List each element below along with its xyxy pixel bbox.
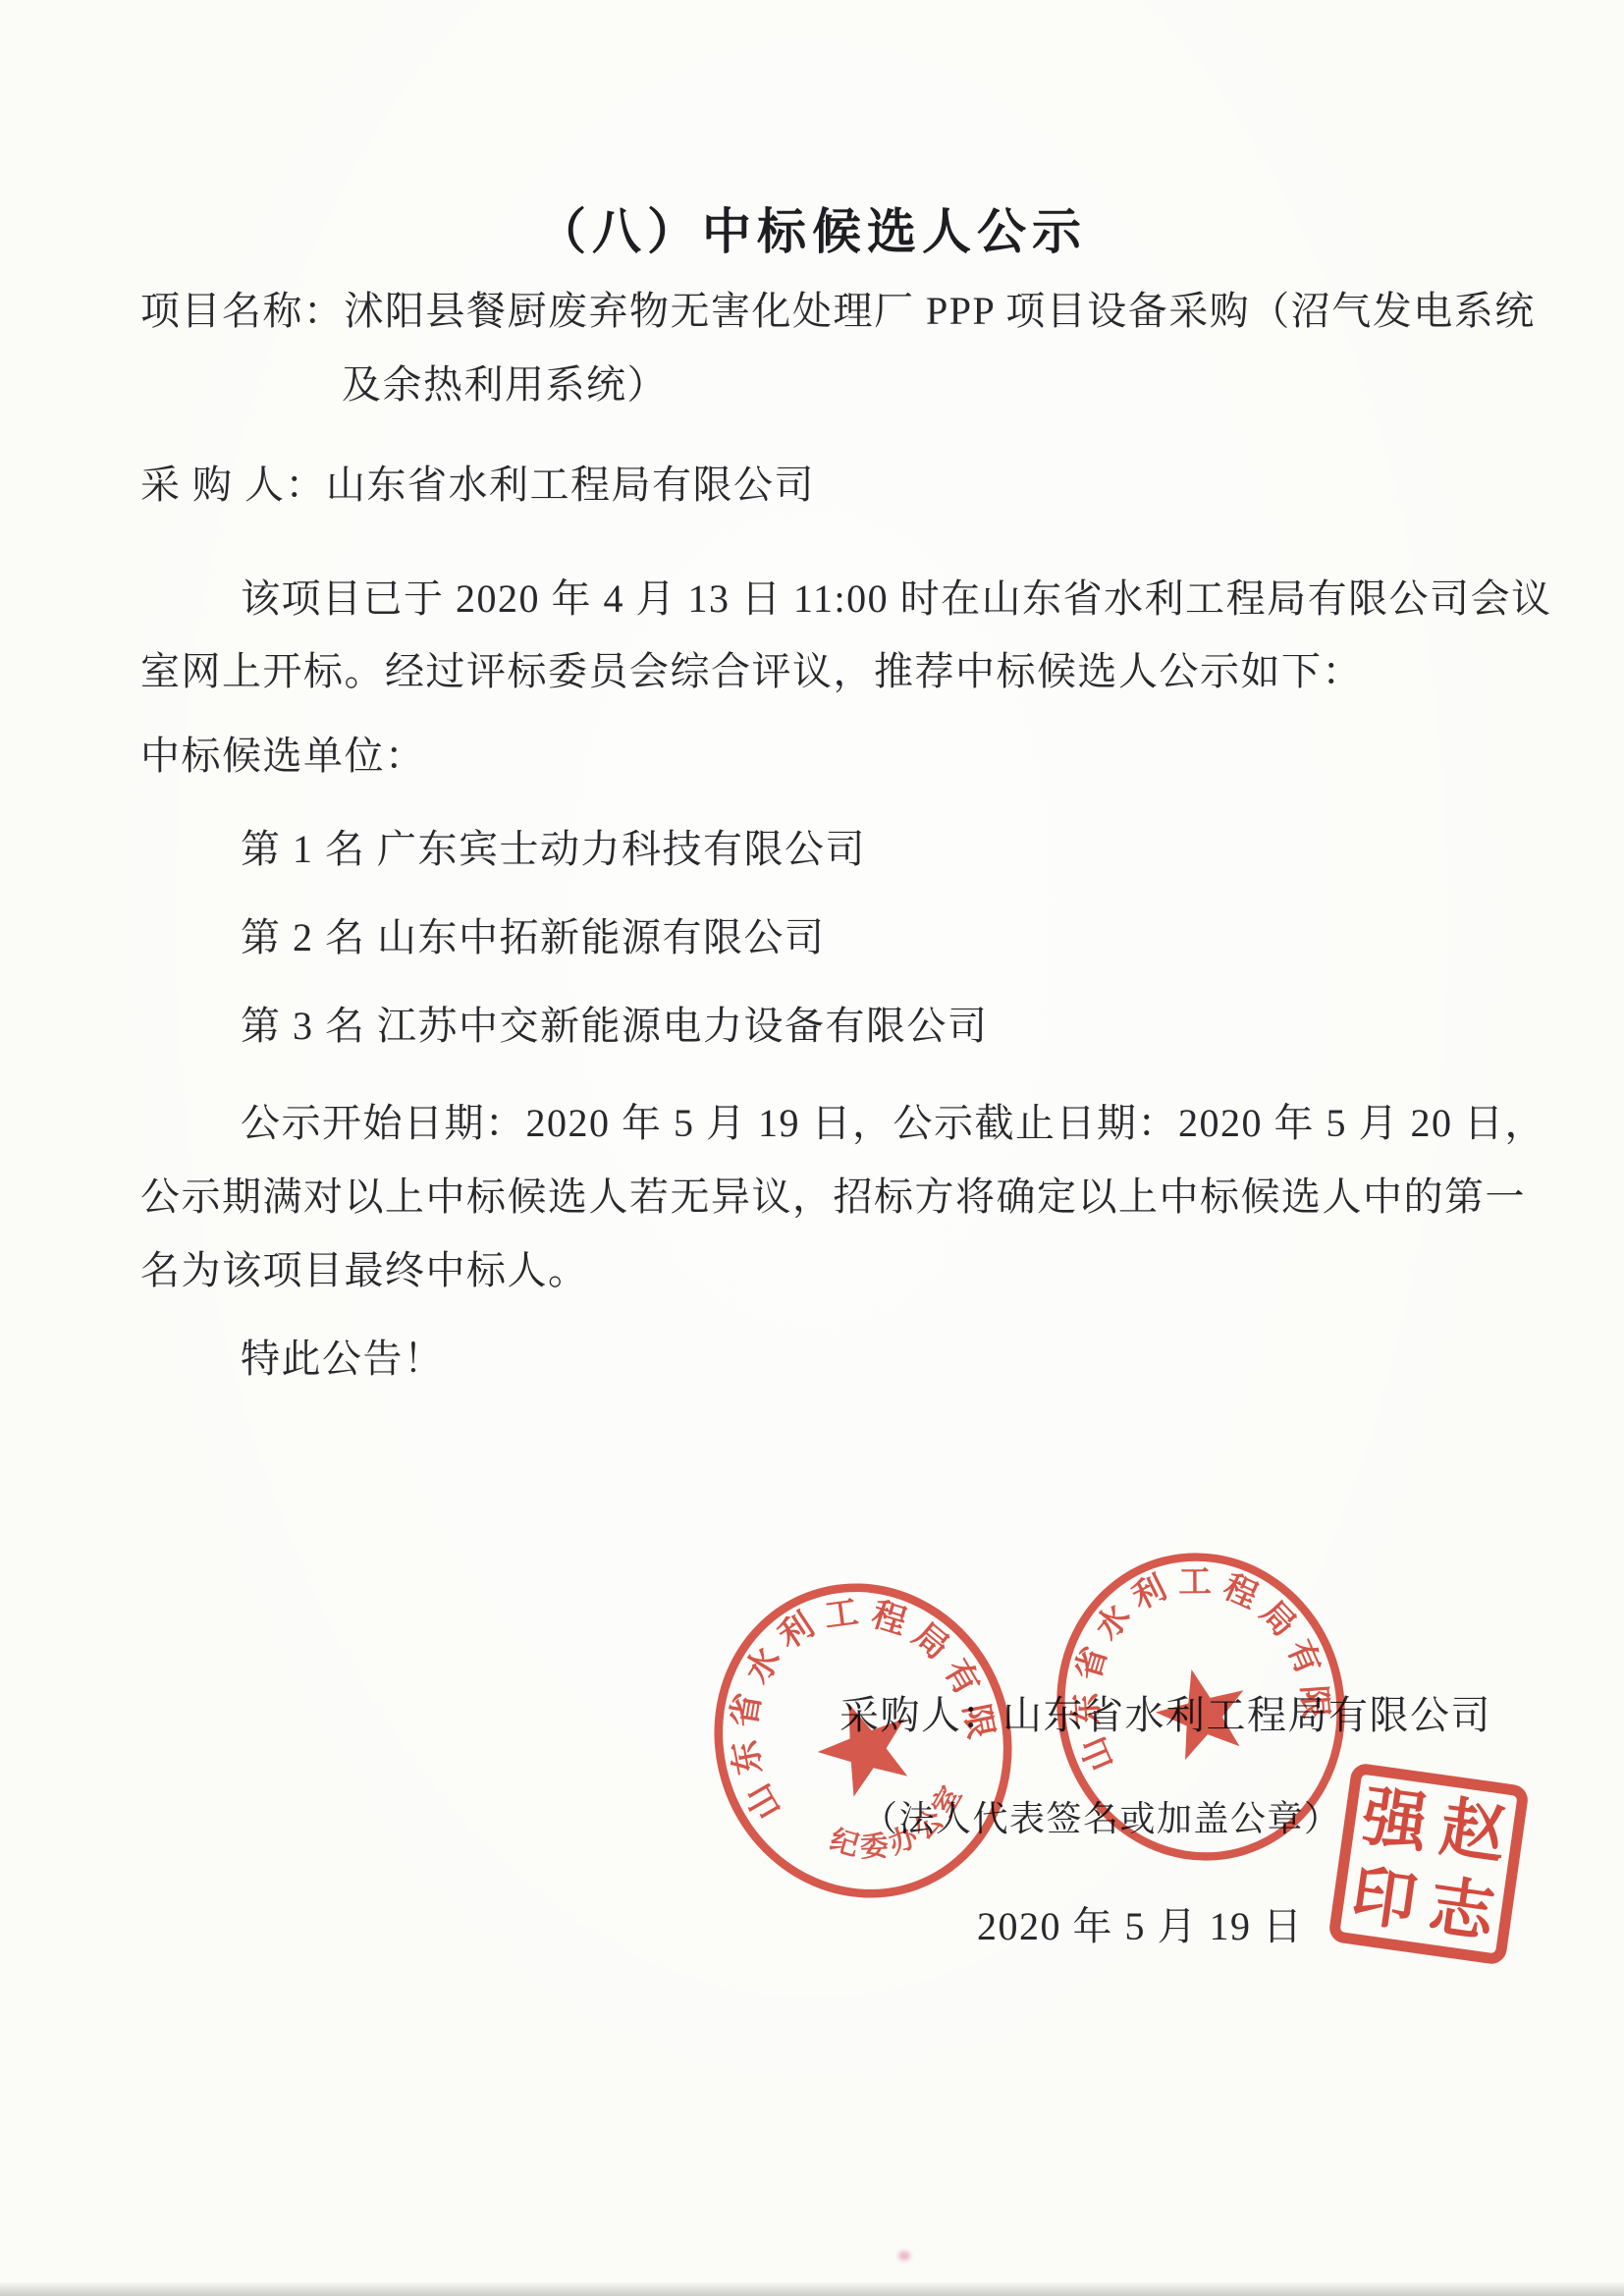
publicity-dates-line: 公示开始日期：2020 年 5 月 19 日，公示截止日期：2020 年 5 月…: [241, 1092, 1545, 1148]
candidate-rank-3: 第 3 名 江苏中交新能源电力设备有限公司: [241, 995, 989, 1051]
scan-bottom-edge: [0, 2282, 1624, 2296]
body-paragraph-line-2: 室网上开标。经过评标委员会综合评议，推荐中标候选人公示如下：: [140, 640, 1363, 696]
seal-char: 志: [1426, 1872, 1499, 1945]
signature-date: 2020 年 5 月 19 日: [977, 1895, 1304, 1951]
candidate-rank-1: 第 1 名 广东宾士动力科技有限公司: [241, 818, 866, 874]
scanned-document-page: （八）中标候选人公示 项目名称：沭阳县餐厨废弃物无害化处理厂 PPP 项目设备采…: [0, 0, 1624, 2296]
seal-char: 强: [1359, 1782, 1433, 1856]
seal-char: 赵: [1436, 1793, 1510, 1867]
candidates-label: 中标候选单位：: [140, 725, 426, 781]
project-name-line-2: 及余热利用系统）: [342, 354, 668, 410]
svg-text:山东省水利工程局有限公司: 山东省水利工程局有限公司: [1003, 1507, 1339, 1789]
star-icon: [805, 1687, 924, 1803]
personal-name-seal: 强 赵 印 志: [1327, 1762, 1530, 1966]
publicity-terms-line-2: 名为该项目最终中标人。: [140, 1239, 589, 1295]
candidate-rank-2: 第 2 名 山东中拓新能源有限公司: [241, 906, 826, 962]
body-paragraph-line-1: 该项目已于 2020 年 4 月 13 日 11:00 时在山东省水利工程局有限…: [241, 568, 1552, 624]
star-icon: [1148, 1659, 1257, 1765]
page-title: （八）中标候选人公示: [0, 192, 1624, 263]
seal-char: 印: [1347, 1861, 1421, 1935]
announcement-closing: 特此公告！: [241, 1328, 445, 1384]
publicity-terms-line-1: 公示期满对以上中标候选人若无异议，招标方将确定以上中标候选人中的第一: [140, 1166, 1526, 1222]
buyer-line: 采 购 人：山东省水利工程局有限公司: [140, 454, 815, 510]
company-seal-right: 山东省水利工程局有限公司: [1003, 1507, 1397, 1906]
scan-artifact-speck: [898, 2251, 910, 2261]
project-name-line-1: 项目名称：沭阳县餐厨废弃物无害化处理厂 PPP 项目设备采购（沼气发电系统: [140, 280, 1536, 336]
round-stamp-icon: 山东省水利工程局有限公司: [1003, 1507, 1397, 1906]
stamp-company-text: 山东省水利工程局有限公司: [1003, 1507, 1339, 1789]
